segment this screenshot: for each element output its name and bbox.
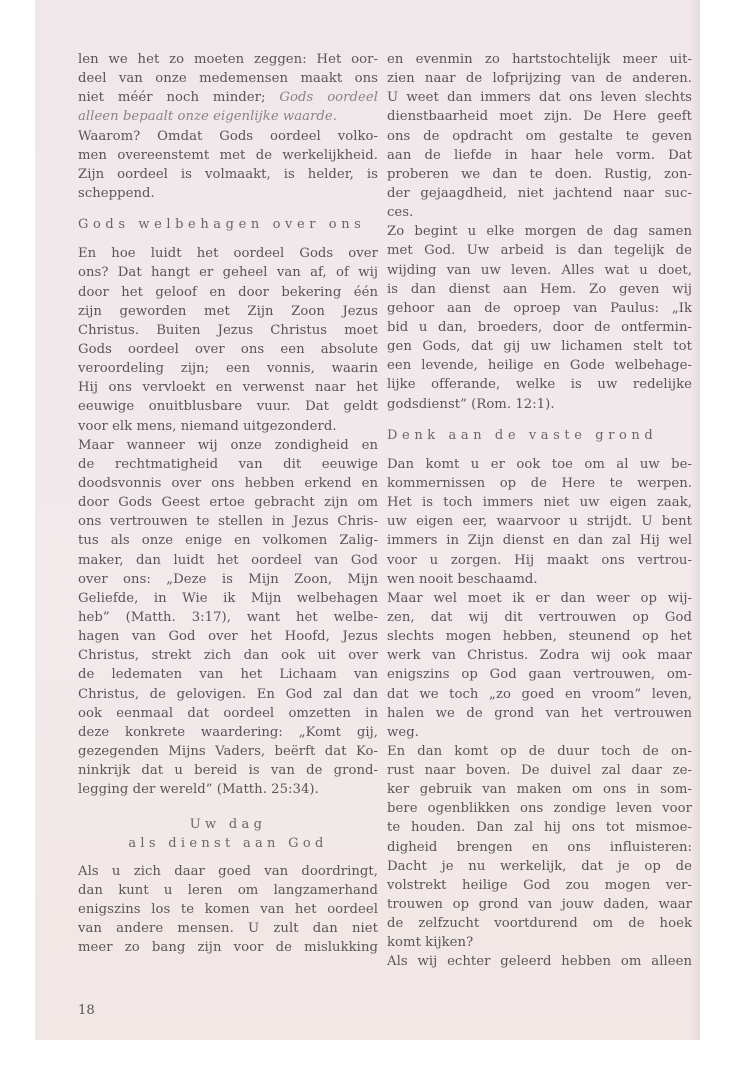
text-line: Zo begint u elke morgen de dag samen xyxy=(387,222,692,241)
text-line: trouwen op grond van jouw daden, waar xyxy=(387,895,692,914)
text-line: ker gebruik van maken om ons in som- xyxy=(387,780,692,799)
paragraph: Zo begint u elke morgen de dag samenmet … xyxy=(387,222,692,413)
text-line: eeuwige onuitblusbare vuur. Dat geldt xyxy=(78,397,378,416)
text-line: zijn geworden met Zijn Zoon Jezus xyxy=(78,302,378,321)
text-line: ons? Dat hangt er geheel van af, of wij xyxy=(78,263,378,282)
section-heading: Denk aan de vaste grond xyxy=(387,426,692,445)
text-line: enigszins op God gaan vertrouwen, om- xyxy=(387,665,692,684)
text-line: de ledematen van het Lichaam van xyxy=(78,665,378,684)
page-number: 18 xyxy=(78,1003,95,1018)
text-line: enigszins los te komen van het oordeel xyxy=(78,900,378,919)
italic-emphasis: Gods oordeel xyxy=(279,90,378,105)
text-line: werk van Christus. Zodra wij ook maar xyxy=(387,646,692,665)
text-line: ces. xyxy=(387,203,692,222)
text-line: is dan dienst aan Hem. Zo geven wij xyxy=(387,280,692,299)
text-line: wijding van uw leven. Alles wat u doet, xyxy=(387,261,692,280)
text-line: men overeenstemt met de werkelijkheid. xyxy=(78,146,378,165)
text-line: Christus, strekt zich dan ook uit over xyxy=(78,646,378,665)
text-span: niet méér noch minder; xyxy=(78,90,279,105)
right-column: en evenmin zo hartstochtelijk meer uit-z… xyxy=(387,50,692,972)
text-line: en evenmin zo hartstochtelijk meer uit- xyxy=(387,50,692,69)
text-line: Als wij echter geleerd hebben om alleen xyxy=(387,952,692,971)
text-line: door Gods Geest ertoe gebracht zijn om xyxy=(78,493,378,512)
text-line: Christus. Buiten Jezus Christus moet xyxy=(78,321,378,340)
text-line: Christus, de gelovigen. En God zal dan xyxy=(78,685,378,704)
text-line: de zelfzucht voortdurend om de hoek xyxy=(387,914,692,933)
text-line: ook eenmaal dat oordeel omzetten in xyxy=(78,704,378,723)
text-line: Waarom? Omdat Gods oordeel volko- xyxy=(78,127,378,146)
paragraph: En dan komt op de duur toch de on-rust n… xyxy=(387,742,692,953)
text-line: doodsvonnis over ons hebben erkend en xyxy=(78,474,378,493)
text-line: zen, dat wij dit vertrouwen op God xyxy=(387,608,692,627)
text-line: zien naar de lofprijzing van de anderen. xyxy=(387,69,692,88)
text-line: dan kunt u leren om langzamerhand xyxy=(78,881,378,900)
section-heading-line: Uw dag xyxy=(78,815,378,834)
text-line: rust naar boven. De duivel zal daar ze- xyxy=(387,761,692,780)
text-line: door het geloof en door bekering één xyxy=(78,283,378,302)
paragraph: Maar wanneer wij onze zondigheid ende re… xyxy=(78,436,378,800)
text-line: der gejaagdheid, niet jachtend naar suc- xyxy=(387,184,692,203)
text-line: slechts mogen hebben, steunend op het xyxy=(387,627,692,646)
text-line: uw eigen eer, waarvoor u strijdt. U bent xyxy=(387,512,692,531)
text-line: digheid brengen en ons influisteren: xyxy=(387,838,692,857)
text-line: halen we de grond van het vertrouwen xyxy=(387,704,692,723)
text-line: legging der wereld” (Matth. 25:34). xyxy=(78,780,378,799)
paragraph: len we het zo moeten zeggen: Het oor- de… xyxy=(78,50,378,203)
text-line: gezegenden Mijns Vaders, beërft dat Ko- xyxy=(78,742,378,761)
text-line: Zijn oordeel is volmaakt, is helder, is xyxy=(78,165,378,184)
text-line: ons de opdracht om gestalte te geven xyxy=(387,127,692,146)
text-line: lijke offerande, welke is uw redelijke xyxy=(387,375,692,394)
text-line: komt kijken? xyxy=(387,933,692,952)
text-line: ons vertrouwen te stellen in Jezus Chris… xyxy=(78,512,378,531)
text-line: scheppend. xyxy=(78,184,378,203)
text-line: bere ogenblikken ons zondige leven voor xyxy=(387,799,692,818)
text-line: een levende, heilige en Gode welbehage- xyxy=(387,356,692,375)
text-line: Gods oordeel over ons een absolute xyxy=(78,340,378,359)
text-line: ninkrijk dat u bereid is van de grond- xyxy=(78,761,378,780)
text-line: weg. xyxy=(387,723,692,742)
text-line: kommernissen op de Here te werpen. xyxy=(387,474,692,493)
text-line: te houden. Dan zal hij ons tot mismoe- xyxy=(387,818,692,837)
section-heading-line: als dienst aan God xyxy=(78,834,378,853)
text-line: godsdienst” (Rom. 12:1). xyxy=(387,395,692,414)
text-line: deze konkrete waardering: „Komt gij, xyxy=(78,723,378,742)
text-line: Dacht je nu werkelijk, dat je op de xyxy=(387,857,692,876)
text-line: Als u zich daar goed van doordringt, xyxy=(78,862,378,881)
text-line: Maar wel moet ik er dan weer op wij- xyxy=(387,589,692,608)
text-line: immers in Zijn dienst en dan zal Hij wel xyxy=(387,531,692,550)
left-column: len we het zo moeten zeggen: Het oor- de… xyxy=(78,50,378,957)
paragraph: En hoe luidt het oordeel Gods overons? D… xyxy=(78,244,378,435)
text-line: aan de liefde in haar hele vorm. Dat xyxy=(387,146,692,165)
text-line: gehoor aan de oproep van Paulus: „Ik xyxy=(387,299,692,318)
text-line: van andere mensen. U zult dan niet xyxy=(78,919,378,938)
text-line: Dan komt u er ook toe om al uw be- xyxy=(387,455,692,474)
text-line: dienstbaarheid moet zijn. De Here geeft xyxy=(387,107,692,126)
text-line: niet méér noch minder; Gods oordeel xyxy=(78,88,378,107)
paragraph: en evenmin zo hartstochtelijk meer uit-z… xyxy=(387,50,692,222)
text-line: veroordeling zijn; een vonnis, waarin xyxy=(78,359,378,378)
section-heading-block: Uw dag als dienst aan God xyxy=(78,815,378,853)
book-page: len we het zo moeten zeggen: Het oor- de… xyxy=(35,0,700,1040)
text-line: maker, dan luidt het oordeel van God xyxy=(78,551,378,570)
text-line: En hoe luidt het oordeel Gods over xyxy=(78,244,378,263)
text-line: Het is toch immers niet uw eigen zaak, xyxy=(387,493,692,512)
text-line: meer zo bang zijn voor de mislukking xyxy=(78,938,378,957)
text-line: volstrekt heilige God zou mogen ver- xyxy=(387,876,692,895)
text-line: wen nooit beschaamd. xyxy=(387,570,692,589)
text-line: Geliefde, in Wie ik Mijn welbehagen xyxy=(78,589,378,608)
text-line: de rechtmatigheid van dit eeuwige xyxy=(78,455,378,474)
text-line: U weet dan immers dat ons leven slechts xyxy=(387,88,692,107)
text-line: gen Gods, dat gij uw lichamen stelt tot xyxy=(387,337,692,356)
paragraph: Maar wel moet ik er dan weer op wij-zen,… xyxy=(387,589,692,742)
paragraph: Als u zich daar goed van doordringt,dan … xyxy=(78,862,378,958)
text-line: En dan komt op de duur toch de on- xyxy=(387,742,692,761)
text-line: Maar wanneer wij onze zondigheid en xyxy=(78,436,378,455)
text-line: Hij ons vervloekt en verwenst naar het xyxy=(78,378,378,397)
text-line: voor u zorgen. Hij maakt ons vertrou- xyxy=(387,551,692,570)
text-line: dat we toch „zo goed en vroom” leven, xyxy=(387,685,692,704)
text-line: deel van onze medemensen maakt ons xyxy=(78,69,378,88)
paragraph: Als wij echter geleerd hebben om alleen xyxy=(387,952,692,971)
text-line: over ons: „Deze is Mijn Zoon, Mijn xyxy=(78,570,378,589)
text-line: met God. Uw arbeid is dan tegelijk de xyxy=(387,241,692,260)
section-heading: Gods welbehagen over ons xyxy=(78,215,378,234)
text-line: voor elk mens, niemand uitgezonderd. xyxy=(78,417,378,436)
text-line: tus als onze enige en volkomen Zalig- xyxy=(78,531,378,550)
italic-emphasis-line: alleen bepaalt onze eigenlijke waarde. xyxy=(78,107,378,126)
paragraph: Dan komt u er ook toe om al uw be-kommer… xyxy=(387,455,692,589)
text-line: len we het zo moeten zeggen: Het oor- xyxy=(78,50,378,69)
text-line: bid u dan, broeders, door de ontfermin- xyxy=(387,318,692,337)
text-line: proberen we dan te doen. Rustig, zon- xyxy=(387,165,692,184)
text-line: hagen van God over het Hoofd, Jezus xyxy=(78,627,378,646)
text-line: heb” (Matth. 3:17), want het welbe- xyxy=(78,608,378,627)
